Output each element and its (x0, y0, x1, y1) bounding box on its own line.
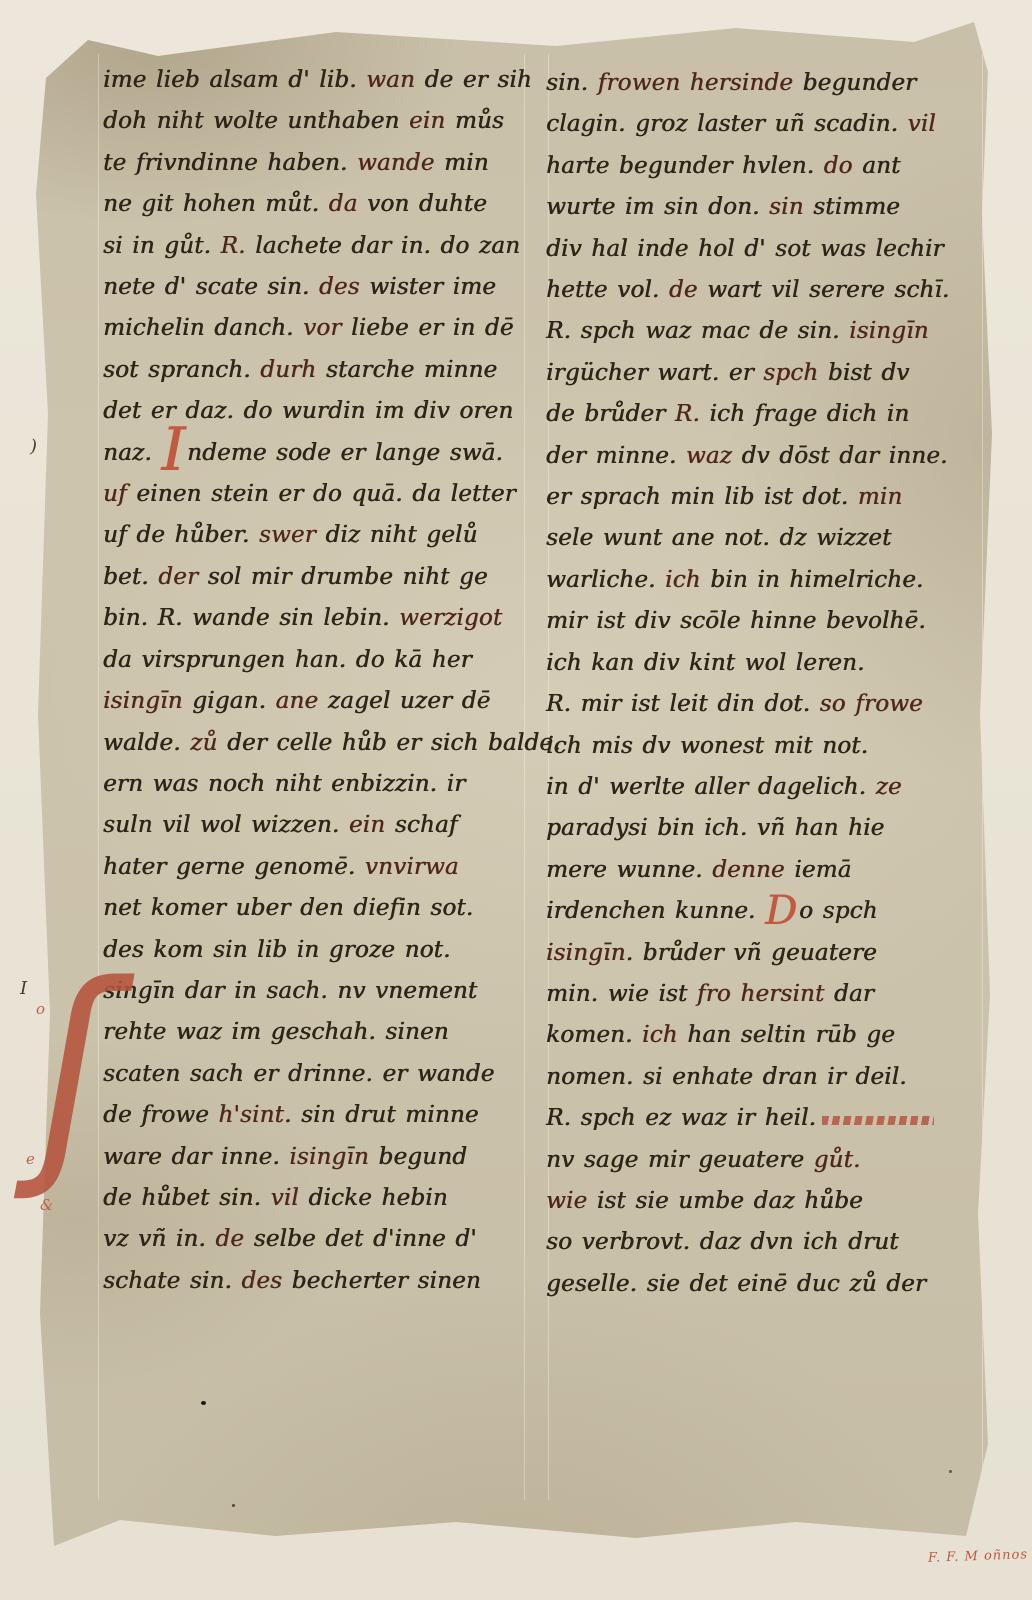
text-segment: hater gerne genomē. (103, 854, 365, 880)
text-segment: de er sih (415, 67, 532, 93)
text-line: scaten sach er drinne. er wande (103, 1054, 548, 1095)
text-segment: dicke hebin (299, 1185, 448, 1211)
text-line: sin. frowen hersinde begunder (546, 63, 991, 104)
red-line-filler (822, 1116, 934, 1125)
text-line: R. spch waz mac de sin. isingīn (546, 311, 991, 352)
rubricated-text: waz (686, 443, 732, 469)
text-column-right: sin. frowen hersinde begunderclagin. gro… (546, 63, 991, 1305)
text-segment: uf de hůber. (103, 522, 259, 548)
margin-mark: & (40, 1196, 53, 1214)
text-segment: min (435, 150, 489, 176)
margin-mark: ) (30, 436, 37, 457)
rubricated-text: ze (876, 774, 902, 800)
text-segment: ist sie umbe daz hůbe (587, 1188, 863, 1214)
text-line: naz. Indeme sode er lange swā. (103, 433, 548, 474)
text-segment: ime lieb alsam d' lib. (103, 67, 366, 93)
text-segment: net komer uber den diefin sot. (103, 895, 473, 921)
text-line: uf einen stein er do quā. da letter (103, 474, 548, 515)
text-line: nv sage mir geuatere gůt. (546, 1140, 991, 1181)
text-segment: dar (824, 981, 874, 1007)
text-line: da virsprungen han. do kā her (103, 640, 548, 681)
text-segment: michelin danch. (103, 315, 303, 341)
text-line: komen. ich han seltin rūb ge (546, 1015, 991, 1056)
text-line: uf de hůber. swer diz niht gelů (103, 515, 548, 556)
text-segment: paradysi bin ich. vñ han hie (546, 815, 884, 841)
text-segment: o spch (799, 898, 878, 924)
text-segment: ne git hohen můt. (103, 191, 329, 217)
rubricated-initial: D (765, 888, 799, 934)
text-line: ime lieb alsam d' lib. wan de er sih (103, 60, 548, 101)
text-segment: sol mir drumbe niht ge (198, 564, 488, 590)
text-line: nete d' scate sin. des wister ime (103, 267, 548, 308)
rubricated-text: isingīn (289, 1144, 369, 1170)
text-line: ne git hohen můt. da von duhte (103, 184, 548, 225)
text-segment: geselle. sie det einē duc zů der (546, 1271, 926, 1297)
margin-mark: o (36, 1000, 45, 1018)
text-line: isingīn. brůder vñ geuatere (546, 933, 991, 974)
text-line: walde. zů der celle hůb er sich balde. (103, 723, 548, 764)
text-segment: schate sin. (103, 1268, 241, 1294)
rubricated-text: zů (190, 730, 217, 756)
text-line: de hůbet sin. vil dicke hebin (103, 1178, 548, 1219)
rubricated-text: so frowe (820, 691, 923, 717)
text-line: des kom sin lib in groze not. (103, 930, 548, 971)
text-segment: clagin. groz laster uñ scadin. (546, 111, 908, 137)
text-line: ich kan div kint wol leren. (546, 643, 991, 684)
text-segment: ich mis dv wonest mit not. (546, 733, 868, 759)
rubricated-text: wan (366, 67, 415, 93)
text-segment: er sprach min lib ist dot. (546, 484, 858, 510)
text-segment: begund (369, 1144, 467, 1170)
text-segment: . sin drut minne (284, 1102, 479, 1128)
rubricated-text: do (824, 153, 853, 179)
text-segment: de brůder (546, 401, 675, 427)
text-segment: min. wie ist (546, 981, 697, 1007)
text-line: warliche. ich bin in himelriche. (546, 560, 991, 601)
rubricated-text: da (329, 191, 358, 217)
text-line: rehte waz im geschah. sinen (103, 1012, 548, 1053)
rubricated-text: isingīn (103, 688, 183, 714)
text-line: paradysi bin ich. vñ han hie (546, 808, 991, 849)
text-line: nomen. si enhate dran ir deil. (546, 1057, 991, 1098)
text-line: R. mir ist leit din dot. so frowe (546, 684, 991, 725)
text-line: min. wie ist fro hersint dar (546, 974, 991, 1015)
text-segment: de frowe (103, 1102, 218, 1128)
rubricated-text: h'sint (218, 1102, 284, 1128)
text-segment: lachete dar in. do zan (246, 233, 521, 259)
text-segment: . brůder vñ geuatere (626, 940, 877, 966)
text-column-left: ime lieb alsam d' lib. wan de er sihdoh … (103, 60, 548, 1302)
text-segment: doh niht wolte unthaben (103, 108, 409, 134)
text-segment: naz. (103, 440, 161, 466)
text-line: der minne. waz dv dōst dar inne. (546, 436, 991, 477)
text-segment: div hal inde hol d' sot was lechir (546, 236, 944, 262)
rubricated-text: frowen hersinde (598, 70, 794, 96)
text-segment: sot spranch. (103, 357, 260, 383)
text-line: bet. der sol mir drumbe niht ge (103, 557, 548, 598)
text-line: hette vol. de wart vil serere schī. (546, 270, 991, 311)
ink-speck (232, 1504, 235, 1507)
text-line: so verbrovt. daz dvn ich drut (546, 1222, 991, 1263)
text-line: er sprach min lib ist dot. min (546, 477, 991, 518)
shelfmark-inscription: F. F. M oñnos (928, 1547, 1029, 1565)
text-line: in d' werlte aller dagelich. ze (546, 767, 991, 808)
text-segment: bin in himelriche. (701, 567, 924, 593)
text-segment: bet. (103, 564, 158, 590)
ink-speck (949, 1470, 952, 1473)
text-line: singīn dar in sach. nv vnement (103, 971, 548, 1012)
text-segment: nomen. si enhate dran ir deil. (546, 1064, 907, 1090)
text-segment: einen stein er do quā. da letter (127, 481, 516, 507)
text-segment: starche minne (316, 357, 497, 383)
text-segment: te frivndinne haben. (103, 150, 357, 176)
text-line: si in gůt. R. lachete dar in. do zan (103, 226, 548, 267)
text-segment: so verbrovt. daz dvn ich drut (546, 1229, 899, 1255)
rubricated-text: swer (259, 522, 316, 548)
text-line: hater gerne genomē. vnvirwa (103, 847, 548, 888)
rubricated-text: de (669, 277, 698, 303)
ink-speck (201, 1401, 206, 1405)
text-line: clagin. groz laster uñ scadin. vil (546, 104, 991, 145)
text-segment: irgücher wart. er (546, 360, 763, 386)
rubricated-text: ein (349, 812, 385, 838)
rubricated-text: durh (260, 357, 316, 383)
rubricated-text: ein (409, 108, 445, 134)
text-segment: mir ist div scōle hinne bevolhē. (546, 608, 926, 634)
text-line: wie ist sie umbe daz hůbe (546, 1181, 991, 1222)
text-line: sot spranch. durh starche minne (103, 350, 548, 391)
text-segment: ich frage dich in (700, 401, 909, 427)
text-segment: diz niht gelů (316, 522, 478, 548)
margin-mark: e (26, 1150, 35, 1168)
text-line: michelin danch. vor liebe er in dē (103, 308, 548, 349)
text-segment: bin. R. wande sin lebin. (103, 605, 399, 631)
rubricated-text: wie (546, 1188, 587, 1214)
rubricated-text: wande (357, 150, 435, 176)
text-segment: begunder (793, 70, 916, 96)
text-segment: si in gůt. (103, 233, 221, 259)
text-line: ware dar inne. isingīn begund (103, 1137, 548, 1178)
rubricated-text: vnvirwa (365, 854, 459, 880)
text-segment: des kom sin lib in groze not. (103, 937, 450, 963)
text-line: isingīn gigan. ane zagel uzer dē (103, 681, 548, 722)
margin-mark: o (64, 1100, 73, 1118)
text-segment: harte begunder hvlen. (546, 153, 824, 179)
rubricated-text: fro hersint (697, 981, 825, 1007)
text-line: bin. R. wande sin lebin. werzigot (103, 598, 548, 639)
rubricated-text: min (858, 484, 903, 510)
text-segment: R. spch ez waz ir heil. (546, 1105, 816, 1131)
text-segment: der minne. (546, 443, 686, 469)
text-segment: ant (853, 153, 901, 179)
text-segment: vz vñ in. (103, 1226, 215, 1252)
rubricated-text: isingīn (849, 318, 929, 344)
text-segment: singīn dar in sach. nv vnement (103, 978, 477, 1004)
rubricated-text: vil (908, 111, 936, 137)
text-line: ern was noch niht enbizzin. ir (103, 764, 548, 805)
text-segment: suln vil wol wizzen. (103, 812, 349, 838)
text-segment: dv dōst dar inne. (732, 443, 948, 469)
text-segment: becherter sinen (282, 1268, 481, 1294)
text-line: de brůder R. ich frage dich in (546, 394, 991, 435)
text-line: mere wunne. denne iemā (546, 850, 991, 891)
rubricated-text: des (319, 274, 360, 300)
text-segment: ndeme sode er lange swā. (187, 440, 503, 466)
text-line: mir ist div scōle hinne bevolhē. (546, 601, 991, 642)
text-segment: wart vil serere schī. (698, 277, 950, 303)
text-line: irgücher wart. er spch bist dv (546, 353, 991, 394)
text-line: vz vñ in. de selbe det d'inne d' (103, 1219, 548, 1260)
text-segment: wister ime (360, 274, 496, 300)
text-segment: bist dv (818, 360, 909, 386)
rubricated-text: gůt. (814, 1147, 861, 1173)
text-segment: stimme (804, 194, 900, 220)
rubricated-text: ich (642, 1022, 678, 1048)
rubricated-text: ane (276, 688, 319, 714)
text-segment: ware dar inne. (103, 1144, 289, 1170)
text-segment: ich kan div kint wol leren. (546, 650, 864, 676)
text-segment: iemā (785, 857, 852, 883)
text-segment: R. mir ist leit din dot. (546, 691, 820, 717)
rubricated-text: R. (675, 401, 700, 427)
rubricated-text: ich (665, 567, 701, 593)
text-segment: der celle hůb er sich balde. (217, 730, 560, 756)
text-segment: liebe er in dē (342, 315, 514, 341)
rubricated-text: denne (712, 857, 785, 883)
text-segment: han seltin rūb ge (678, 1022, 895, 1048)
text-line: doh niht wolte unthaben ein můs (103, 101, 548, 142)
text-segment: rehte waz im geschah. sinen (103, 1019, 449, 1045)
rubricated-text: spch (763, 360, 818, 386)
text-line: te frivndinne haben. wande min (103, 143, 548, 184)
rubricated-text: werzigot (399, 605, 502, 631)
text-segment: sele wunt ane not. dz wizzet (546, 525, 891, 551)
text-line: wurte im sin don. sin stimme (546, 187, 991, 228)
text-line: de frowe h'sint. sin drut minne (103, 1095, 548, 1136)
text-segment: scaten sach er drinne. er wande (103, 1061, 494, 1087)
text-segment: gigan. (183, 688, 276, 714)
text-segment: můs (445, 108, 504, 134)
text-segment: von duhte (358, 191, 487, 217)
rubricated-text: vil (271, 1185, 299, 1211)
text-segment: ern was noch niht enbizzin. ir (103, 771, 465, 797)
ruling-line (98, 54, 99, 1500)
text-line: div hal inde hol d' sot was lechir (546, 229, 991, 270)
text-segment: warliche. (546, 567, 665, 593)
text-segment: walde. (103, 730, 190, 756)
rubricated-text: R. (221, 233, 246, 259)
text-segment: komen. (546, 1022, 642, 1048)
rubricated-text: uf (103, 481, 127, 507)
text-segment: irdenchen kunne. (546, 898, 765, 924)
text-segment: schaf (385, 812, 457, 838)
text-line: net komer uber den diefin sot. (103, 888, 548, 929)
rubricated-text: des (241, 1268, 282, 1294)
text-segment: selbe det d'inne d' (244, 1226, 477, 1252)
rubricated-text: vor (303, 315, 341, 341)
rubricated-text: de (215, 1226, 244, 1252)
text-segment: nete d' scate sin. (103, 274, 319, 300)
text-line: harte begunder hvlen. do ant (546, 146, 991, 187)
text-line: R. spch ez waz ir heil. (546, 1098, 991, 1139)
text-segment: de hůbet sin. (103, 1185, 271, 1211)
text-segment: R. spch waz mac de sin. (546, 318, 849, 344)
text-segment: zagel uzer dē (318, 688, 490, 714)
decorated-initial-I: ʃ (38, 953, 110, 1185)
rubricated-text: sin (769, 194, 804, 220)
text-line: geselle. sie det einē duc zů der (546, 1264, 991, 1305)
text-line: sele wunt ane not. dz wizzet (546, 518, 991, 559)
margin-mark: I (20, 978, 27, 999)
text-segment: mere wunne. (546, 857, 712, 883)
text-segment: in d' werlte aller dagelich. (546, 774, 876, 800)
rubricated-text: isingīn (546, 940, 626, 966)
text-segment: hette vol. (546, 277, 669, 303)
text-segment: da virsprungen han. do kā her (103, 647, 472, 673)
text-line: suln vil wol wizzen. ein schaf (103, 805, 548, 846)
text-line: schate sin. des becherter sinen (103, 1261, 548, 1302)
text-line: ich mis dv wonest mit not. (546, 726, 991, 767)
rubricated-text: der (158, 564, 198, 590)
text-line: irdenchen kunne. Do spch (546, 891, 991, 932)
text-segment: sin. (546, 70, 598, 96)
text-segment: wurte im sin don. (546, 194, 769, 220)
manuscript-photo: ime lieb alsam d' lib. wan de er sihdoh … (0, 0, 1032, 1600)
text-segment: nv sage mir geuatere (546, 1147, 814, 1173)
